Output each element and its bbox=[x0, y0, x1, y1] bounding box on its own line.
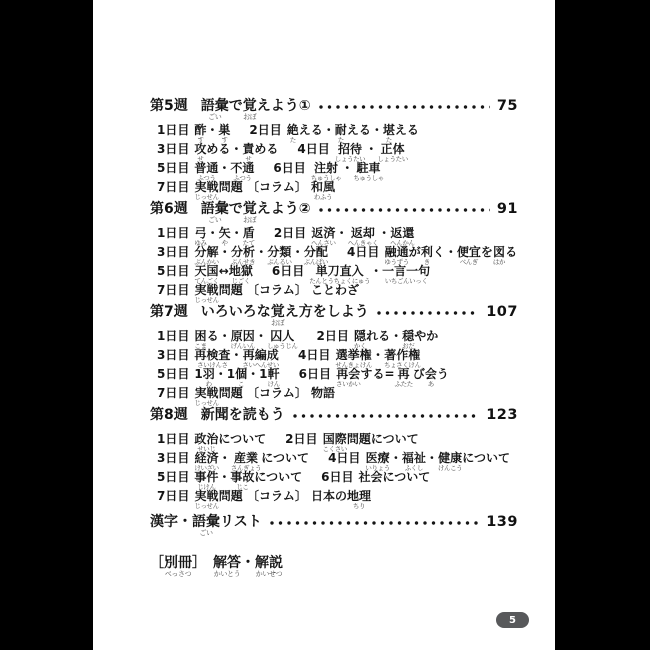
text-segment: ・ bbox=[219, 246, 231, 266]
base-text: で bbox=[229, 99, 243, 114]
base-text: める・ bbox=[206, 143, 242, 156]
toc-section-week-6-title: 語彙ごいで覚おぼえよう② bbox=[201, 202, 311, 224]
text-segment: 巣す bbox=[218, 124, 230, 144]
text-segment: 事故じこ bbox=[230, 471, 254, 491]
base-text: 問題 〔コラム〕 ことわざ bbox=[219, 284, 359, 297]
text-segment: 正体しょうたい bbox=[377, 143, 408, 163]
base-text: 語彙 bbox=[201, 99, 229, 114]
text-segment: 困こま bbox=[194, 330, 206, 350]
text-segment: 攻せ bbox=[194, 143, 206, 163]
text-segment: 盾たて bbox=[243, 227, 255, 247]
text-segment: 地理ちり bbox=[347, 490, 371, 510]
text-segment: 穏おだ bbox=[402, 330, 414, 350]
text-segment: 会あ bbox=[425, 368, 437, 388]
text-segment: ・ bbox=[218, 471, 230, 491]
text-segment: 問題 〔コラム〕 日本の bbox=[219, 490, 347, 510]
day-label: 3日目 bbox=[157, 143, 189, 156]
text-segment: リスト bbox=[220, 515, 262, 537]
text-segment: を bbox=[481, 246, 493, 266]
base-text: ・ bbox=[390, 452, 402, 465]
text-segment: が bbox=[409, 246, 421, 266]
day-entry-text: 1羽わ・1個こ・1軒けん bbox=[194, 368, 279, 388]
text-segment: ・ bbox=[378, 227, 390, 247]
text-segment: 覚おぼ bbox=[243, 99, 257, 121]
day-entry: 5日目事件じけん・事故じこについて bbox=[157, 471, 302, 491]
base-text: えよう① bbox=[257, 99, 311, 114]
text-segment: る・ bbox=[207, 330, 231, 350]
text-segment: 不通ふつう bbox=[230, 162, 254, 182]
base-text: ・ bbox=[218, 471, 230, 484]
day-label: 7日目 bbox=[157, 284, 189, 297]
table-of-contents: 第5週語彙ごいで覚おぼえよう①751日目酢す・巣す2日目絶たえる・耐たえる・堪た… bbox=[150, 99, 518, 581]
text-segment: ・ bbox=[207, 227, 219, 247]
day-entry-text: 注射ちゅうしゃ・駐車ちゅうしゃ bbox=[311, 162, 384, 182]
text-segment: 単刀直入たんとうちょくにゅう bbox=[309, 265, 370, 285]
base-text: 1 bbox=[194, 368, 202, 381]
day-entry-text: 返済へんさい・返却へんきゃく・返還へんかん bbox=[311, 227, 414, 247]
text-segment: 駐車ちゅうしゃ bbox=[353, 162, 384, 182]
day-entry: 6日目社会について bbox=[321, 471, 430, 491]
day-label: 6日目 bbox=[321, 471, 353, 484]
dot-leader bbox=[377, 311, 479, 315]
base-text: ・ bbox=[341, 162, 353, 175]
furigana-text: ごい bbox=[208, 114, 221, 121]
base-text: えよう② bbox=[257, 202, 311, 217]
page-number: 5 bbox=[509, 615, 516, 626]
day-entry: 3日目分解ぶんかい・分析ぶんせき・分類ぶんるい・分配ぶんぱい bbox=[157, 246, 328, 266]
text-segment: れる・ bbox=[366, 330, 402, 350]
separate-volume-answers-title: ［別冊べっさつ］ 解答かいとう・解説かいせつ bbox=[150, 556, 283, 578]
day-label: 3日目 bbox=[157, 452, 189, 465]
text-segment: 分析ぶんせき bbox=[231, 246, 255, 266]
day-entry: 7日目実戦じっせん問題 〔コラム〕 ことわざ bbox=[157, 284, 359, 304]
text-segment: 問題について bbox=[347, 433, 419, 453]
base-text: ・ bbox=[255, 246, 267, 259]
day-line: 5日目普通ふつう・不通ふつう6日目注射ちゅうしゃ・駐車ちゅうしゃ bbox=[150, 162, 518, 181]
day-label: 5日目 bbox=[157, 368, 189, 381]
page-ref: 123 bbox=[486, 408, 518, 423]
day-entry: 1日目酢す・巣す bbox=[157, 124, 230, 144]
day-line: 5日目1羽わ・1個こ・1軒けん6日目再会さいかいする=再ふたたび会あう bbox=[150, 368, 518, 387]
text-segment: 解答かいとう bbox=[213, 556, 241, 578]
base-text: ・ bbox=[378, 227, 390, 240]
base-text: 語彙 bbox=[192, 515, 220, 530]
separate-volume-answers-heading: ［別冊べっさつ］ 解答かいとう・解説かいせつ bbox=[150, 556, 518, 578]
base-text: ・ bbox=[372, 349, 384, 362]
base-text: ・ bbox=[219, 452, 231, 465]
base-text: ↔ bbox=[219, 265, 229, 278]
toc-section-week-7: 第7週いろいろな覚おぼえ方をしよう1071日目困こまる・原因げんいん・囚人しゅう… bbox=[150, 305, 518, 406]
day-label: 7日目 bbox=[157, 181, 189, 194]
base-text: 覚 bbox=[243, 202, 257, 217]
text-segment: について bbox=[261, 452, 309, 472]
base-text: が bbox=[409, 246, 421, 259]
base-text: ・1 bbox=[247, 368, 267, 381]
text-segment: える bbox=[395, 124, 419, 144]
day-entry: 3日目経済けいざい・産業さんぎょうについて bbox=[157, 452, 309, 472]
base-text: ［ bbox=[150, 556, 164, 571]
toc-section-week-7-heading: 第7週いろいろな覚おぼえ方をしよう107 bbox=[150, 305, 518, 327]
furigana-text: さいかい bbox=[336, 381, 360, 388]
text-segment: 矢や bbox=[219, 227, 231, 247]
day-label: 2日目 bbox=[249, 124, 281, 137]
text-segment: 問題 〔コラム〕 ことわざ bbox=[219, 284, 359, 304]
day-label: 4日目 bbox=[298, 349, 330, 362]
text-segment: ・ bbox=[292, 246, 304, 266]
day-label: 4日目 bbox=[347, 246, 379, 259]
text-segment: 国際こくさい bbox=[323, 433, 347, 453]
text-segment: 隠かく bbox=[354, 330, 366, 350]
day-label: 3日目 bbox=[157, 349, 189, 362]
page-ref: 91 bbox=[497, 202, 518, 217]
text-segment: 返還へんかん bbox=[390, 227, 414, 247]
text-segment: 弓ゆみ bbox=[194, 227, 206, 247]
day-entry-text: 隠かくれる・穏おだやか bbox=[354, 330, 438, 350]
week-label: 第7週 bbox=[150, 305, 188, 320]
day-entry-text: 分解ぶんかい・分析ぶんせき・分類ぶんるい・分配ぶんぱい bbox=[194, 246, 328, 266]
toc-section-week-8-heading: 第8週新聞を読もう123 bbox=[150, 408, 518, 430]
text-segment: 語彙ごい bbox=[192, 515, 220, 537]
day-line: 1日目困こまる・原因げんいん・囚人しゅうじん2日目隠かくれる・穏おだやか bbox=[150, 330, 518, 349]
base-text: え方をしよう bbox=[285, 305, 369, 320]
base-text: 解答 bbox=[213, 556, 241, 571]
day-line: 3日目分解ぶんかい・分析ぶんせき・分類ぶんるい・分配ぶんぱい4日目融通ゆうずうが… bbox=[150, 246, 518, 265]
text-segment: 図はか bbox=[493, 246, 505, 266]
furigana-text: ふたた bbox=[395, 381, 413, 388]
day-label: 2日目 bbox=[285, 433, 317, 446]
furigana-text: わふう bbox=[314, 194, 332, 201]
text-segment: 新聞を読もう bbox=[201, 408, 285, 430]
text-segment: める・ bbox=[206, 143, 242, 163]
base-text: ・1 bbox=[215, 368, 235, 381]
base-text: える bbox=[395, 124, 419, 137]
day-label: 1日目 bbox=[157, 330, 189, 343]
text-segment: する= bbox=[360, 368, 394, 388]
dot-leader bbox=[319, 208, 490, 212]
base-text: 解説 bbox=[255, 556, 283, 571]
day-entry: 5日目1羽わ・1個こ・1軒けん bbox=[157, 368, 280, 388]
base-text: 問題 〔コラム〕 日本の bbox=[219, 490, 347, 503]
furigana-text: あ bbox=[428, 381, 434, 388]
day-label: 6日目 bbox=[272, 265, 304, 278]
text-segment: ［ bbox=[150, 556, 164, 578]
base-text: ・ bbox=[230, 349, 242, 362]
text-segment: 分配ぶんぱい bbox=[304, 246, 328, 266]
text-segment: 利き bbox=[421, 246, 433, 266]
day-line: 7日目実戦じっせん問題 〔コラム〕 物語 bbox=[150, 387, 518, 406]
text-segment: 分類ぶんるい bbox=[267, 246, 291, 266]
base-text: 漢字・ bbox=[150, 515, 192, 530]
text-segment: ］ bbox=[192, 556, 213, 578]
text-segment: え方をしよう bbox=[285, 305, 369, 327]
day-entry: 1日目困こまる・原因げんいん・囚人しゅうじん bbox=[157, 330, 298, 350]
text-segment: 語彙ごい bbox=[201, 99, 229, 121]
day-line: 3日目攻せめる・責せめる4日目招待しょうたい・正体しょうたい bbox=[150, 143, 518, 162]
day-entry-text: 困こまる・原因げんいん・囚人しゅうじん bbox=[194, 330, 297, 350]
book-toc-page: 第5週語彙ごいで覚おぼえよう①751日目酢す・巣す2日目絶たえる・耐たえる・堪た… bbox=[93, 0, 555, 650]
day-entry-text: 医療いりょう・福祉ふくし・健康けんこうについて bbox=[365, 452, 510, 472]
furigana-text: じっせん bbox=[194, 400, 218, 407]
base-text: ・ bbox=[231, 227, 243, 240]
day-label: 6日目 bbox=[273, 162, 305, 175]
day-entry: 6日目単刀直入たんとうちょくにゅう・一言一句いちごんいっく bbox=[272, 265, 430, 285]
text-segment: ・ bbox=[231, 227, 243, 247]
page-ref: 139 bbox=[486, 515, 518, 530]
text-segment: 原因げんいん bbox=[231, 330, 255, 350]
day-entry: 7日目実戦じっせん問題 〔コラム〕 日本の地理ちり bbox=[157, 490, 371, 510]
text-segment: ・ bbox=[365, 143, 377, 163]
base-text: ・ bbox=[241, 556, 255, 571]
text-segment: える・ bbox=[347, 124, 383, 144]
text-segment: 分解ぶんかい bbox=[194, 246, 218, 266]
base-text: リスト bbox=[220, 515, 262, 530]
day-entry-text: 弓ゆみ・矢や・盾たて bbox=[194, 227, 254, 247]
day-entry-text: 単刀直入たんとうちょくにゅう・一言一句いちごんいっく bbox=[309, 265, 430, 285]
base-text: について bbox=[261, 452, 309, 465]
week-label: 第8週 bbox=[150, 408, 188, 423]
furigana-text: ちゅうしゃ bbox=[353, 175, 384, 182]
text-segment: 1 bbox=[194, 368, 202, 388]
base-text: について bbox=[462, 452, 510, 465]
day-line: 7日目実戦じっせん問題 〔コラム〕 和風わふう bbox=[150, 181, 518, 200]
day-label: 2日目 bbox=[274, 227, 306, 240]
day-entry: 5日目天国てんごく↔地獄じごく bbox=[157, 265, 253, 285]
furigana-text: かいとう bbox=[214, 571, 240, 578]
text-segment: で bbox=[229, 202, 243, 224]
base-text: 覚 bbox=[271, 305, 285, 320]
base-text: 新聞を読もう bbox=[201, 408, 285, 423]
page-number-badge: 5 bbox=[496, 612, 529, 628]
day-label: 4日目 bbox=[297, 143, 329, 156]
text-segment: 医療いりょう bbox=[365, 452, 389, 472]
base-text: ・ bbox=[218, 162, 230, 175]
day-entry-text: 国際こくさい問題について bbox=[323, 433, 419, 453]
day-entry-text: 攻せめる・責せめる bbox=[194, 143, 278, 163]
text-segment: やか bbox=[414, 330, 438, 350]
furigana-text: べんぎ bbox=[460, 259, 478, 266]
text-segment: 事件じけん bbox=[194, 471, 218, 491]
furigana-text: じっせん bbox=[194, 297, 218, 304]
toc-section-week-5-heading: 第5週語彙ごいで覚おぼえよう①75 bbox=[150, 99, 518, 121]
base-text: ］ bbox=[192, 556, 213, 571]
furigana-text: た bbox=[290, 137, 296, 144]
furigana-text: いちごんいっく bbox=[385, 278, 428, 285]
base-text: える・ bbox=[347, 124, 383, 137]
toc-section-week-6-heading: 第6週語彙ごいで覚おぼえよう②91 bbox=[150, 202, 518, 224]
text-segment: 堪た bbox=[383, 124, 395, 144]
text-segment: る bbox=[505, 246, 517, 266]
toc-section-week-8-title: 新聞を読もう bbox=[201, 408, 285, 430]
text-segment: 著作権ちょさくけん bbox=[384, 349, 421, 369]
base-text: う bbox=[437, 368, 449, 381]
base-text: る bbox=[505, 246, 517, 259]
base-text: ・ bbox=[206, 124, 218, 137]
furigana-text: はか bbox=[493, 259, 505, 266]
text-segment: 政治せいじ bbox=[194, 433, 218, 453]
text-segment: 招待しょうたい bbox=[335, 143, 366, 163]
base-text: 語彙 bbox=[201, 202, 229, 217]
day-entry-text: 絶たえる・耐たえる・堪たえる bbox=[287, 124, 419, 144]
text-segment: 返却へんきゃく bbox=[348, 227, 379, 247]
base-text: 問題について bbox=[347, 433, 419, 446]
text-segment: 注射ちゅうしゃ bbox=[311, 162, 342, 182]
text-segment: 和風わふう bbox=[311, 181, 335, 201]
text-segment: 再ふたた bbox=[395, 368, 413, 388]
base-text: やか bbox=[414, 330, 438, 343]
text-segment: 融通ゆうずう bbox=[384, 246, 408, 266]
text-segment: 福祉ふくし bbox=[402, 452, 426, 472]
day-entry-text: 経済けいざい・産業さんぎょうについて bbox=[194, 452, 309, 472]
day-entry: 6日目再会さいかいする=再ふたたび会あう bbox=[299, 368, 449, 388]
text-segment: 便宜べんぎ bbox=[457, 246, 481, 266]
text-segment: 責せ bbox=[242, 143, 254, 163]
dot-leader bbox=[293, 414, 479, 418]
furigana-text: じっせん bbox=[194, 503, 218, 510]
day-entry-text: 事件じけん・事故じこについて bbox=[194, 471, 302, 491]
dot-leader bbox=[270, 521, 479, 525]
furigana-text: おぼ bbox=[271, 320, 284, 327]
toc-section-week-7-title: いろいろな覚おぼえ方をしよう bbox=[201, 305, 369, 327]
week-label: 第5週 bbox=[150, 99, 188, 114]
day-entry: 3日目再検査さいけんさ・再編成さいへんせい bbox=[157, 349, 279, 369]
toc-section-week-6: 第6週語彙ごいで覚おぼえよう②911日目弓ゆみ・矢や・盾たて2日目返済へんさい・… bbox=[150, 202, 518, 303]
day-label: 5日目 bbox=[157, 162, 189, 175]
day-line: 5日目天国てんごく↔地獄じごく6日目単刀直入たんとうちょくにゅう・一言一句いちご… bbox=[150, 265, 518, 284]
text-segment: ・1 bbox=[215, 368, 235, 388]
text-segment: ・ bbox=[218, 162, 230, 182]
base-text: える・ bbox=[299, 124, 335, 137]
day-label: 1日目 bbox=[157, 124, 189, 137]
text-segment: く・ bbox=[433, 246, 457, 266]
day-entry: 4日目医療いりょう・福祉ふくし・健康けんこうについて bbox=[328, 452, 510, 472]
week-label: 第6週 bbox=[150, 202, 188, 217]
text-segment: について bbox=[254, 471, 302, 491]
text-segment: 問題 〔コラム〕 bbox=[219, 181, 311, 201]
day-entry: 5日目普通ふつう・不通ふつう bbox=[157, 162, 254, 182]
day-entry: 1日目政治せいじについて bbox=[157, 433, 266, 453]
text-segment: 実戦じっせん bbox=[194, 284, 218, 304]
day-entry: 2日目絶たえる・耐たえる・堪たえる bbox=[249, 124, 418, 144]
text-segment: ・ bbox=[372, 349, 384, 369]
text-segment: ・ bbox=[255, 330, 267, 350]
text-segment: について bbox=[218, 433, 266, 453]
base-text: ・ bbox=[336, 227, 348, 240]
day-label: 7日目 bbox=[157, 387, 189, 400]
day-label: 1日目 bbox=[157, 433, 189, 446]
text-segment: 再検査さいけんさ bbox=[194, 349, 230, 369]
dot-leader bbox=[319, 105, 490, 109]
day-entry: 7日目実戦じっせん問題 〔コラム〕 物語 bbox=[157, 387, 335, 407]
text-segment: び bbox=[413, 368, 425, 388]
toc-section-week-5-title: 語彙ごいで覚おぼえよう① bbox=[201, 99, 311, 121]
base-text: 別冊 bbox=[164, 556, 192, 571]
day-entry: 4日目選挙権せんきょけん・著作権ちょさくけん bbox=[298, 349, 421, 369]
text-segment: 地獄じごく bbox=[229, 265, 253, 285]
toc-section-week-8: 第8週新聞を読もう1231日目政治せいじについて2日目国際こくさい問題について3… bbox=[150, 408, 518, 509]
day-entry-text: 実戦じっせん問題 〔コラム〕 ことわざ bbox=[194, 284, 359, 304]
day-label: 2日目 bbox=[317, 330, 349, 343]
text-segment: 実戦じっせん bbox=[194, 181, 218, 201]
day-entry-text: 再会さいかいする=再ふたたび会あう bbox=[336, 368, 449, 388]
day-line: 1日目酢す・巣す2日目絶たえる・耐たえる・堪たえる bbox=[150, 124, 518, 143]
day-entry-text: 選挙権せんきょけん・著作権ちょさくけん bbox=[335, 349, 420, 369]
text-segment: 再会さいかい bbox=[336, 368, 360, 388]
text-segment: ・ bbox=[426, 452, 438, 472]
day-line: 5日目事件じけん・事故じこについて6日目社会について bbox=[150, 471, 518, 490]
furigana-text: けんこう bbox=[438, 465, 462, 472]
day-entry-text: 再検査さいけんさ・再編成さいへんせい bbox=[194, 349, 279, 369]
text-segment: う bbox=[437, 368, 449, 388]
furigana-text: ごい bbox=[199, 530, 212, 537]
day-entry-text: 実戦じっせん問題 〔コラム〕 物語 bbox=[194, 387, 335, 407]
day-entry: 3日目攻せめる・責せめる bbox=[157, 143, 278, 163]
text-segment: ・ bbox=[255, 246, 267, 266]
text-segment: 一言一句いちごんいっく bbox=[382, 265, 430, 285]
text-segment: ・ bbox=[336, 227, 348, 247]
text-segment: 選挙権せんきょけん bbox=[335, 349, 372, 369]
base-text: ・ bbox=[292, 246, 304, 259]
day-entry: 6日目注射ちゅうしゃ・駐車ちゅうしゃ bbox=[273, 162, 383, 182]
base-text: 社会について bbox=[359, 471, 431, 484]
text-segment: いろいろな bbox=[201, 305, 271, 327]
text-segment: 語彙ごい bbox=[201, 202, 229, 224]
base-text: び bbox=[413, 368, 425, 381]
text-segment: ・1 bbox=[247, 368, 267, 388]
base-text: ・ bbox=[365, 143, 377, 156]
day-label: 5日目 bbox=[157, 471, 189, 484]
base-text: ・ bbox=[207, 227, 219, 240]
day-line: 1日目弓ゆみ・矢や・盾たて2日目返済へんさい・返却へんきゃく・返還へんかん bbox=[150, 227, 518, 246]
day-line: 3日目再検査さいけんさ・再編成さいへんせい4日目選挙権せんきょけん・著作権ちょさ… bbox=[150, 349, 518, 368]
day-entry: 4日目招待しょうたい・正体しょうたい bbox=[297, 143, 407, 163]
furigana-text: おぼ bbox=[243, 217, 256, 224]
text-segment: えよう② bbox=[257, 202, 311, 224]
base-text: いろいろな bbox=[201, 305, 271, 320]
day-line: 3日目経済けいざい・産業さんぎょうについて4日目医療いりょう・福祉ふくし・健康け… bbox=[150, 452, 518, 471]
text-segment: 別冊べっさつ bbox=[164, 556, 192, 578]
day-entry-text: 酢す・巣す bbox=[194, 124, 230, 144]
text-segment: 囚人しゅうじん bbox=[267, 330, 298, 350]
day-line: 7日目実戦じっせん問題 〔コラム〕 日本の地理ちり bbox=[150, 490, 518, 509]
text-segment: について bbox=[462, 452, 510, 472]
day-entry-text: 普通ふつう・不通ふつう bbox=[194, 162, 254, 182]
day-entry: 2日目国際こくさい問題について bbox=[285, 433, 419, 453]
furigana-text: じっせん bbox=[194, 194, 218, 201]
text-segment: ・ bbox=[370, 265, 382, 285]
base-text: れる・ bbox=[366, 330, 402, 343]
text-segment: 問題 〔コラム〕 物語 bbox=[219, 387, 335, 407]
day-entry-text: 招待しょうたい・正体しょうたい bbox=[335, 143, 408, 163]
text-segment: 絶た bbox=[287, 124, 299, 144]
day-line: 1日目政治せいじについて2日目国際こくさい問題について bbox=[150, 433, 518, 452]
base-text: 問題 〔コラム〕 物語 bbox=[219, 387, 335, 400]
base-text: 覚 bbox=[243, 99, 257, 114]
text-segment: 経済けいざい bbox=[194, 452, 218, 472]
base-text: ・ bbox=[426, 452, 438, 465]
text-segment: 普通ふつう bbox=[194, 162, 218, 182]
base-text: 問題 〔コラム〕 bbox=[219, 181, 311, 194]
text-segment: 実戦じっせん bbox=[194, 387, 218, 407]
text-segment: 酢す bbox=[194, 124, 206, 144]
day-entry-text: 実戦じっせん問題 〔コラム〕 和風わふう bbox=[194, 181, 335, 201]
day-label: 1日目 bbox=[157, 227, 189, 240]
text-segment: 実戦じっせん bbox=[194, 490, 218, 510]
text-segment: める bbox=[254, 143, 278, 163]
text-segment: ・ bbox=[390, 452, 402, 472]
day-label: 3日目 bbox=[157, 246, 189, 259]
base-text: する= bbox=[360, 368, 394, 381]
day-entry-text: 実戦じっせん問題 〔コラム〕 日本の地理ちり bbox=[194, 490, 371, 510]
